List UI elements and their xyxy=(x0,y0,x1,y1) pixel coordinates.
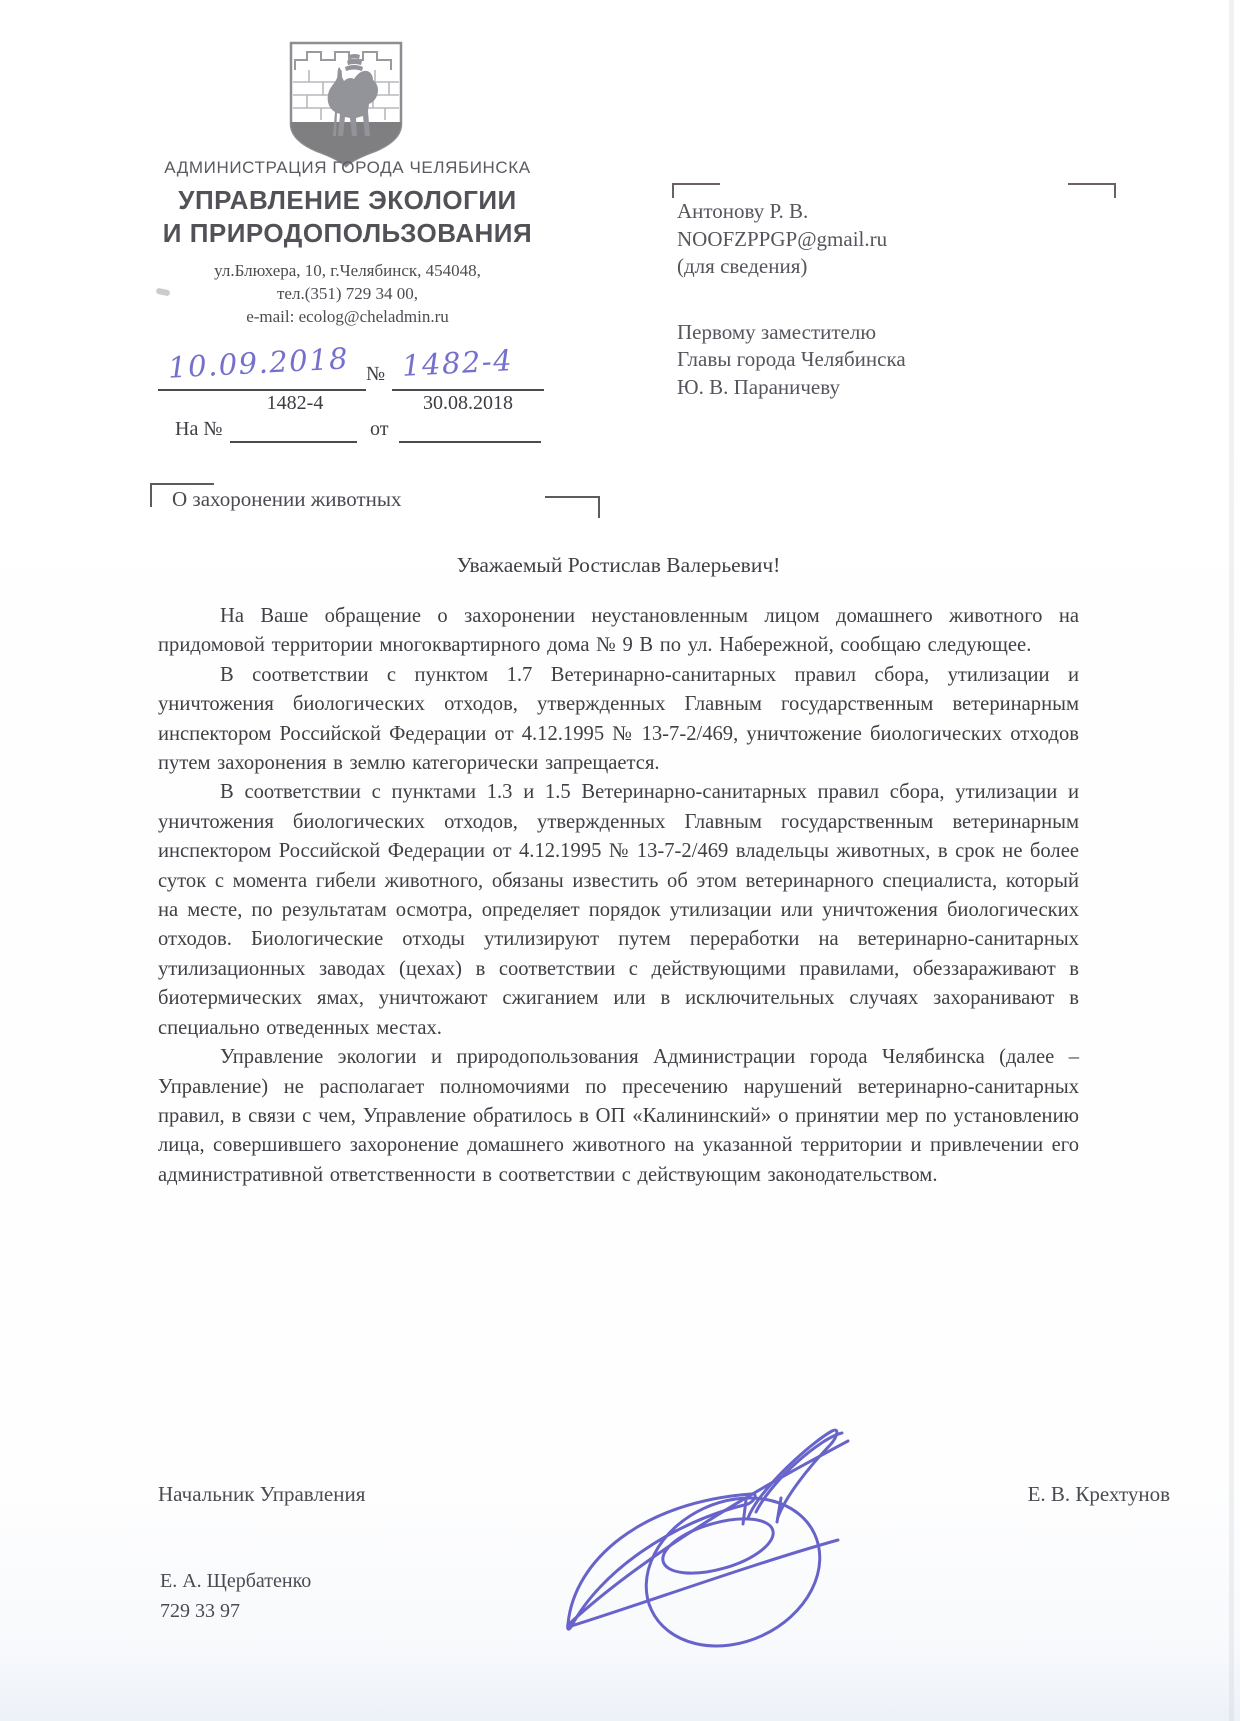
executor-phone: 729 33 97 xyxy=(160,1596,311,1626)
signature-ink xyxy=(490,1400,910,1690)
executor-block: Е. А. Щербатенко 729 33 97 xyxy=(160,1566,311,1626)
signer-position: Начальник Управления xyxy=(158,1482,365,1507)
number-line xyxy=(392,389,544,391)
ot-line xyxy=(399,441,541,443)
org-name-line1: УПРАВЛЕНИЕ ЭКОЛОГИИ xyxy=(75,184,620,217)
handwritten-number: 1482-4 xyxy=(401,343,514,383)
coat-of-arms-chelyabinsk-icon xyxy=(283,36,409,170)
recipient-email: NOOFZPPGP@gmail.ru xyxy=(677,226,906,254)
signer-name: Е. В. Крехтунов xyxy=(900,1482,1170,1507)
recipient2-title2: Главы города Челябинска xyxy=(677,346,906,374)
handwritten-date: 10.09.2018 xyxy=(167,341,350,384)
scanned-letter-page: АДМИНИСТРАЦИЯ ГОРОДА ЧЕЛЯБИНСКА УПРАВЛЕН… xyxy=(0,0,1240,1721)
paragraph-1: На Ваше обращение о захоронении неустано… xyxy=(158,602,1079,661)
org-name-small: АДМИНИСТРАЦИЯ ГОРОДА ЧЕЛЯБИНСКА xyxy=(75,158,620,178)
recipient-bracket-right xyxy=(1068,183,1116,198)
recipient-block: Антонову Р. В. NOOFZPPGP@gmail.ru (для с… xyxy=(677,198,906,401)
ot-label: от xyxy=(370,418,388,441)
printed-date: 30.08.2018 xyxy=(398,392,538,415)
subject-line: О захоронении животных xyxy=(172,487,402,512)
recipient-bracket-left xyxy=(672,183,720,198)
scan-edge-streak xyxy=(1229,0,1234,1721)
paragraph-2: В соответствии с пунктом 1.7 Ветеринарно… xyxy=(158,661,1079,779)
recipient-name: Антонову Р. В. xyxy=(677,198,906,226)
subject-bracket-right xyxy=(545,496,600,518)
paragraph-4: Управление экологии и природопользования… xyxy=(158,1043,1079,1190)
recipient2-title1: Первому заместителю xyxy=(677,319,906,347)
recipient2-name: Ю. В. Параничеву xyxy=(677,374,906,402)
na-no-line xyxy=(230,441,357,443)
letterhead: АДМИНИСТРАЦИЯ ГОРОДА ЧЕЛЯБИНСКА УПРАВЛЕН… xyxy=(75,158,620,328)
org-email: e-mail: ecolog@cheladmin.ru xyxy=(75,305,620,328)
recipient-note: (для сведения) xyxy=(677,253,906,281)
salutation: Уважаемый Ростислав Валерьевич! xyxy=(158,553,1079,578)
number-sign: № xyxy=(366,363,385,386)
date-line xyxy=(158,389,366,391)
org-name-line2: И ПРИРОДОПОЛЬЗОВАНИЯ xyxy=(75,217,620,250)
executor-name: Е. А. Щербатенко xyxy=(160,1566,311,1596)
na-no-label: На № xyxy=(175,418,222,441)
org-address: ул.Блюхера, 10, г.Челябинск, 454048, xyxy=(75,259,620,282)
printed-number: 1482-4 xyxy=(225,392,365,415)
paragraph-3: В соответствии с пунктами 1.3 и 1.5 Вете… xyxy=(158,778,1079,1043)
letter-body: На Ваше обращение о захоронении неустано… xyxy=(158,602,1079,1190)
